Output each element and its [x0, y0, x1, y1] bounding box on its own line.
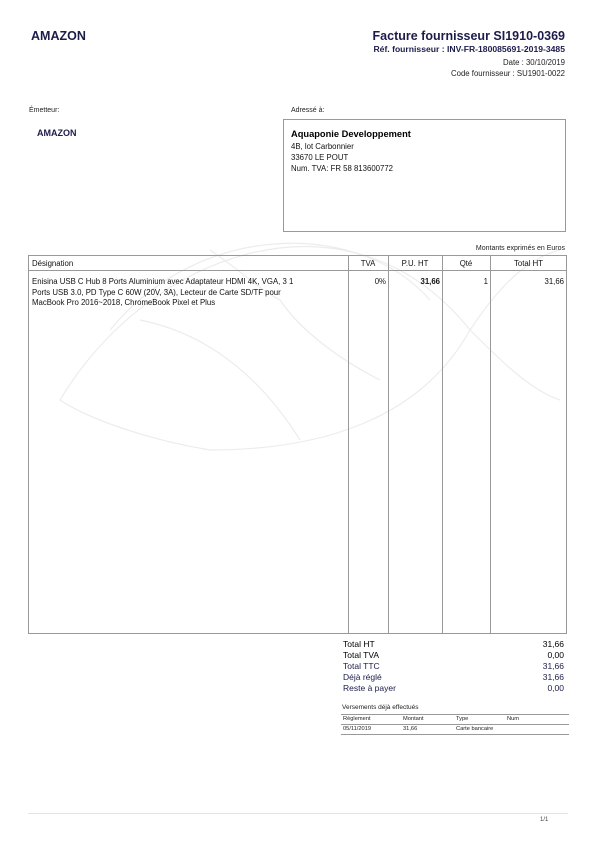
- sender-name: AMAZON: [37, 128, 77, 138]
- column-divider: [348, 256, 349, 633]
- item-unit-price: 31,66: [388, 277, 440, 286]
- column-divider: [490, 256, 491, 633]
- remaining-label: Reste à payer: [343, 683, 396, 693]
- already-paid-label: Déjà réglé: [343, 672, 382, 682]
- payments-divider: [341, 714, 569, 715]
- total-ttc-label: Total TTC: [343, 661, 380, 671]
- column-divider: [388, 256, 389, 633]
- page-number: 1/1: [540, 817, 548, 823]
- supplier-reference: Réf. fournisseur : INV-FR-180085691-2019…: [373, 44, 565, 54]
- payment-amount: 31,66: [403, 726, 417, 732]
- column-header-quantity: Qté: [442, 259, 490, 268]
- remaining-value: 0,00: [547, 683, 564, 693]
- sender-label: Émetteur:: [29, 107, 59, 114]
- footer-divider: [28, 813, 568, 814]
- item-total-ht: 31,66: [490, 277, 564, 286]
- already-paid-value: 31,66: [543, 672, 564, 682]
- designation-line: Enisina USB C Hub 8 Ports Aluminium avec…: [32, 277, 293, 288]
- designation-line: Ports USB 3.0, PD Type C 60W (20V, 3A), …: [32, 288, 293, 299]
- payments-header-amount: Montant: [403, 716, 424, 722]
- column-header-tva: TVA: [348, 259, 388, 268]
- column-header-designation: Désignation: [32, 259, 73, 268]
- payments-header-type: Type: [456, 716, 468, 722]
- payments-header-num: Num: [507, 716, 519, 722]
- payments-title: Versements déjà effectués: [342, 704, 418, 711]
- total-ht-label: Total HT: [343, 639, 375, 649]
- payments-divider: [341, 734, 569, 735]
- invoice-date: Date : 30/10/2019: [503, 58, 565, 67]
- item-quantity: 1: [442, 277, 488, 286]
- column-header-unit-price: P.U. HT: [388, 259, 442, 268]
- total-ht-value: 31,66: [543, 639, 564, 649]
- recipient-address-line: 4B, lot Carbonnier: [291, 142, 354, 151]
- column-divider: [442, 256, 443, 633]
- header-divider: [29, 270, 566, 271]
- total-ttc-value: 31,66: [543, 661, 564, 671]
- total-tva-label: Total TVA: [343, 650, 379, 660]
- total-tva-value: 0,00: [547, 650, 564, 660]
- supplier-name-header: AMAZON: [31, 29, 86, 43]
- item-tva: 0%: [348, 277, 386, 286]
- recipient-address-line: 33670 LE POUT: [291, 153, 348, 162]
- currency-note: Montants exprimés en Euros: [476, 245, 565, 252]
- payment-type: Carte bancaire: [456, 726, 493, 732]
- payments-divider: [341, 724, 569, 725]
- invoice-title: Facture fournisseur SI1910-0369: [373, 29, 565, 43]
- items-table: Désignation TVA P.U. HT Qté Total HT Eni…: [28, 255, 567, 634]
- recipient-vat-number: Num. TVA: FR 58 813600772: [291, 164, 393, 173]
- supplier-code: Code fournisseur : SU1901-0022: [451, 69, 565, 78]
- designation-line: MacBook Pro 2016~2018, ChromeBook Pixel …: [32, 298, 293, 309]
- item-designation: Enisina USB C Hub 8 Ports Aluminium avec…: [32, 277, 293, 309]
- payments-header-settlement: Règlement: [343, 716, 371, 722]
- recipient-name: Aquaponie Developpement: [291, 129, 411, 139]
- payment-date: 05/11/2019: [343, 726, 371, 732]
- recipient-label: Adressé à:: [291, 107, 324, 114]
- column-header-total-ht: Total HT: [490, 259, 567, 268]
